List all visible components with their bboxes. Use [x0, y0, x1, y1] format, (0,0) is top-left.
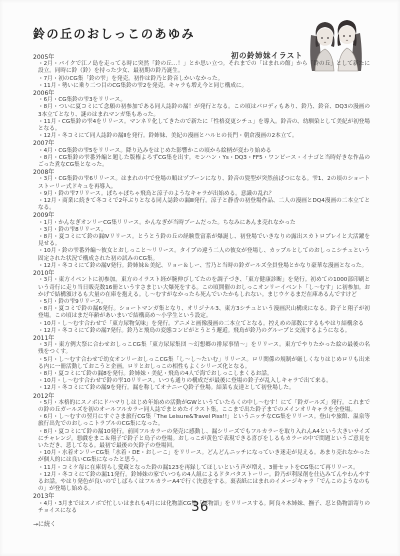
timeline-entry: ・6月・し〜むすの翌月にすぐさま旅行CG集「The Leisure&Travel… [33, 414, 370, 428]
timeline-entry: ・3月・鈴の雫8リリース。 [33, 227, 370, 234]
timeline-entry: ・2月・バイクで江ノ島を走ってる時に突然「鈴の丘…！」とか思い立つ。それまでの「… [33, 61, 370, 75]
timeline-entry: ・3月・東方例大祭に合わせおしっこCG集「東方尿尿集団 〜幻想郷の排尿事情〜」を… [33, 342, 370, 356]
timeline-entry: ・8月・夏コミで鈴の漏6発行。ショートマンガ集となり、オリジナル3、東方3シチュ… [33, 306, 370, 320]
year-heading: 2012年 [33, 393, 370, 400]
continue-note: →に続く [33, 519, 56, 528]
timeline-entry: ・11月・コミケ毎に在庫切らし愛蔵となった鈴の漏123を再録してほしいという声が… [33, 465, 370, 472]
timeline-entry: ・12月・冬コミにて同人誌鈴の漏Ⅱを発行。鈴姉妹、美紀の漫画とハルヒの長門・朝倉… [33, 133, 370, 140]
year-heading: 2009年 [33, 212, 370, 219]
timeline-entry: ・12月・商業に続きて冬コミで2年ぶりとなる同人誌鈴の漏Ⅲ発行。涼子と静香の初登… [33, 198, 370, 212]
timeline-entry: ・12月・冬コミにて鈴の漏7発行。鈴乃と飛鳥の変態コンビがとうとう邂逅。飛鳥が鈴… [33, 328, 370, 335]
timeline-entry: ・11月・勢いに乗り二つ目のCG集鈴の雫2を発売。キャラも増え今と同じ構成に。 [33, 83, 370, 90]
timeline-entry: ・5月・本格的にスノボにドハマりしはじめ年始めの活動がGWというていたらくの中し… [33, 400, 370, 414]
timeline-entry: ・5月・し〜むす合わせで幼女オンリーおしっこCG集「し〜し〜たいむ」リリース。ロ… [33, 357, 370, 371]
timeline-entry: ・12月・冬コミにて鈴の漏11発行。鈴姉妹の家でいつもの4人組によるドタバタスト… [33, 472, 370, 494]
timeline-entry: ・8月・夏コミにて鈴の漏10発行。前回フルカラーの発売に感動し、漏シリーズでもフ… [33, 429, 370, 451]
timeline-entry: ・3月・東方イベントに初参加。東方のイラスト経が腕伸びしてたのを調子づき、「東方… [33, 277, 370, 299]
page-title: 鈴の丘のおしっこのあゆみ [33, 25, 195, 42]
timeline-entry: ・4月・CG集鈴の雫5をリリース。降り込みをはじめた影響かこの頃から絵柄が変わり… [33, 148, 370, 155]
timeline-entry: ・12月・冬コミにて鈴の漏9を発行。漏を称してオナニーＱ鈴子登場。結菜も友達とし… [33, 385, 370, 392]
timeline-entry: ・8月・CG集鈴の雫番外編と題した版権よろずCG集を出す。モンハン・Ys・DQ3… [33, 155, 370, 169]
timeline-entry: ・8月・夏コミにて鈴の漏Ⅳリリース。とうとう鈴の丘の経験豊富系が爆誕し、初登場で… [33, 234, 370, 248]
timeline-entry: ・11月・CG集鈴の雫4をリリース。マンネリ化してきたので新たに「性格変更シチュ… [33, 119, 370, 133]
timeline-entry: ・9月・鈴の雫7リリース。ぽちゃぽちゃ飛鳥と涼子のようなキャラが出始める。意識の… [33, 191, 370, 198]
timeline-entry: ・8月・ついに夏コミにて念願の初参加である同人誌鈴の漏！が発行となる。この頃はパ… [33, 104, 370, 118]
timeline-entry: ・10月・水着オンリーCG集「水着・DE・おしーこ」をリリース。どんどんニッチに… [33, 450, 370, 464]
timeline: 2005年・2月・バイクで江ノ島を走ってる時に突然「鈴の丘…！」とか思い立つ。そ… [33, 54, 370, 515]
timeline-entry: ・3月・CG集鈴の雫6リリース。はまれの中で登場の順はヅブーンになり、鈴音の髪型… [33, 176, 370, 190]
timeline-entry: ・10月・し〜むす合わせで「東方尿物気味」を発行。アニメと画像漫画の二本立てとな… [33, 321, 370, 328]
timeline-entry: ・12月・冬コミにて鈴の漏Ⅴ発行。鈴姉妹＆美紀、リョー＆しー、雪乃と当時の鈴ガー… [33, 263, 370, 270]
page-number: 36 [0, 500, 400, 515]
year-heading: 2007年 [33, 140, 370, 147]
timeline-entry: ・1月・かんなぎオンリーCG集リリース。かんなぎが当時ブームだった。ちなみにあん… [33, 220, 370, 227]
timeline-entry: ・7月・初のCG集「鈴の雫」を発売。初作は鈴乃と鈴音しかいなかった。 [33, 76, 370, 83]
document-page: 鈴の丘のおしっこのあゆみ [0, 0, 400, 556]
timeline-entry: ・10月・鈴の雫番外編〜彼女とおしっこと〜リリース。タイプの違う二人の彼女が登場… [33, 248, 370, 262]
